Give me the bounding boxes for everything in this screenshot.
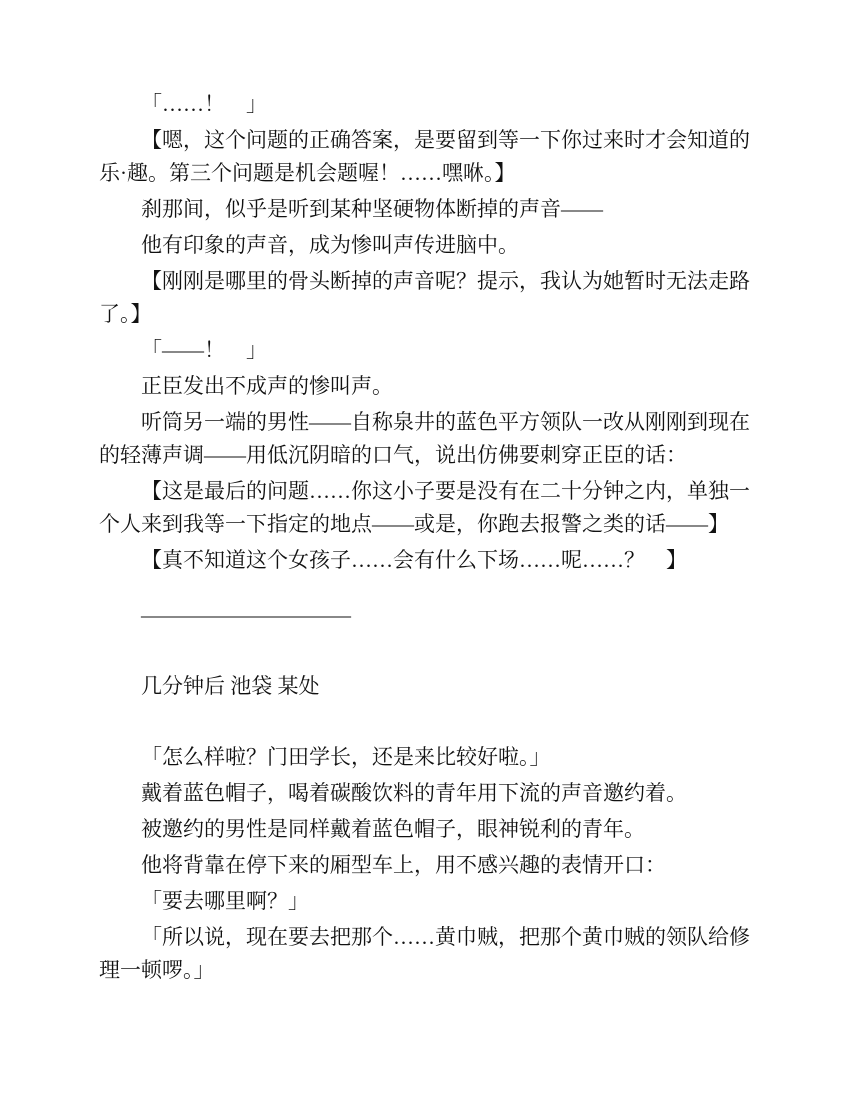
narration-line: 他将背靠在停下来的厢型车上，用不感兴趣的表情开口： (99, 849, 751, 882)
narration-line: 戴着蓝色帽子，喝着碳酸饮料的青年用下流的声音邀约着。 (99, 777, 751, 810)
section-divider: —————————— (99, 599, 751, 632)
narration-line: 刹那间，似乎是听到某种坚硬物体断掉的声音—— (99, 193, 751, 226)
phone-speech: 【这是最后的问题……你这小子要是没有在二十分钟之内，单独一个人来到我等一下指定的… (99, 475, 751, 541)
dialogue-line: 「要去哪里啊？」 (99, 885, 751, 918)
dialogue-line: 「……！ 」 (99, 88, 751, 121)
narration-line: 正臣发出不成声的惨叫声。 (99, 370, 751, 403)
phone-speech: 【真不知道这个女孩子……会有什么下场……呢……？ 】 (99, 544, 751, 577)
dialogue-line: 「所以说，现在要去把那个……黄巾贼，把那个黄巾贼的领队给修理一顿啰。」 (99, 921, 751, 987)
scene-heading: 几分钟后 池袋 某处 (99, 670, 751, 703)
dialogue-line: 「怎么样啦？门田学长，还是来比较好啦。」 (99, 741, 751, 774)
phone-speech: 【刚刚是哪里的骨头断掉的声音呢？提示，我认为她暂时无法走路了。】 (99, 265, 751, 331)
novel-text-body: 「……！ 」 【嗯，这个问题的正确答案，是要留到等一下你过来时才会知道的乐·趣。… (99, 88, 751, 987)
dialogue-line: 「——！ 」 (99, 334, 751, 367)
narration-line: 听筒另一端的男性——自称泉井的蓝色平方领队一改从刚刚到现在的轻薄声调——用低沉阴… (99, 406, 751, 472)
phone-speech: 【嗯，这个问题的正确答案，是要留到等一下你过来时才会知道的乐·趣。第三个问题是机… (99, 124, 751, 190)
narration-line: 他有印象的声音，成为惨叫声传进脑中。 (99, 229, 751, 262)
document-page: 「……！ 」 【嗯，这个问题的正确答案，是要留到等一下你过来时才会知道的乐·趣。… (0, 0, 850, 1100)
narration-line: 被邀约的男性是同样戴着蓝色帽子，眼神锐利的青年。 (99, 813, 751, 846)
